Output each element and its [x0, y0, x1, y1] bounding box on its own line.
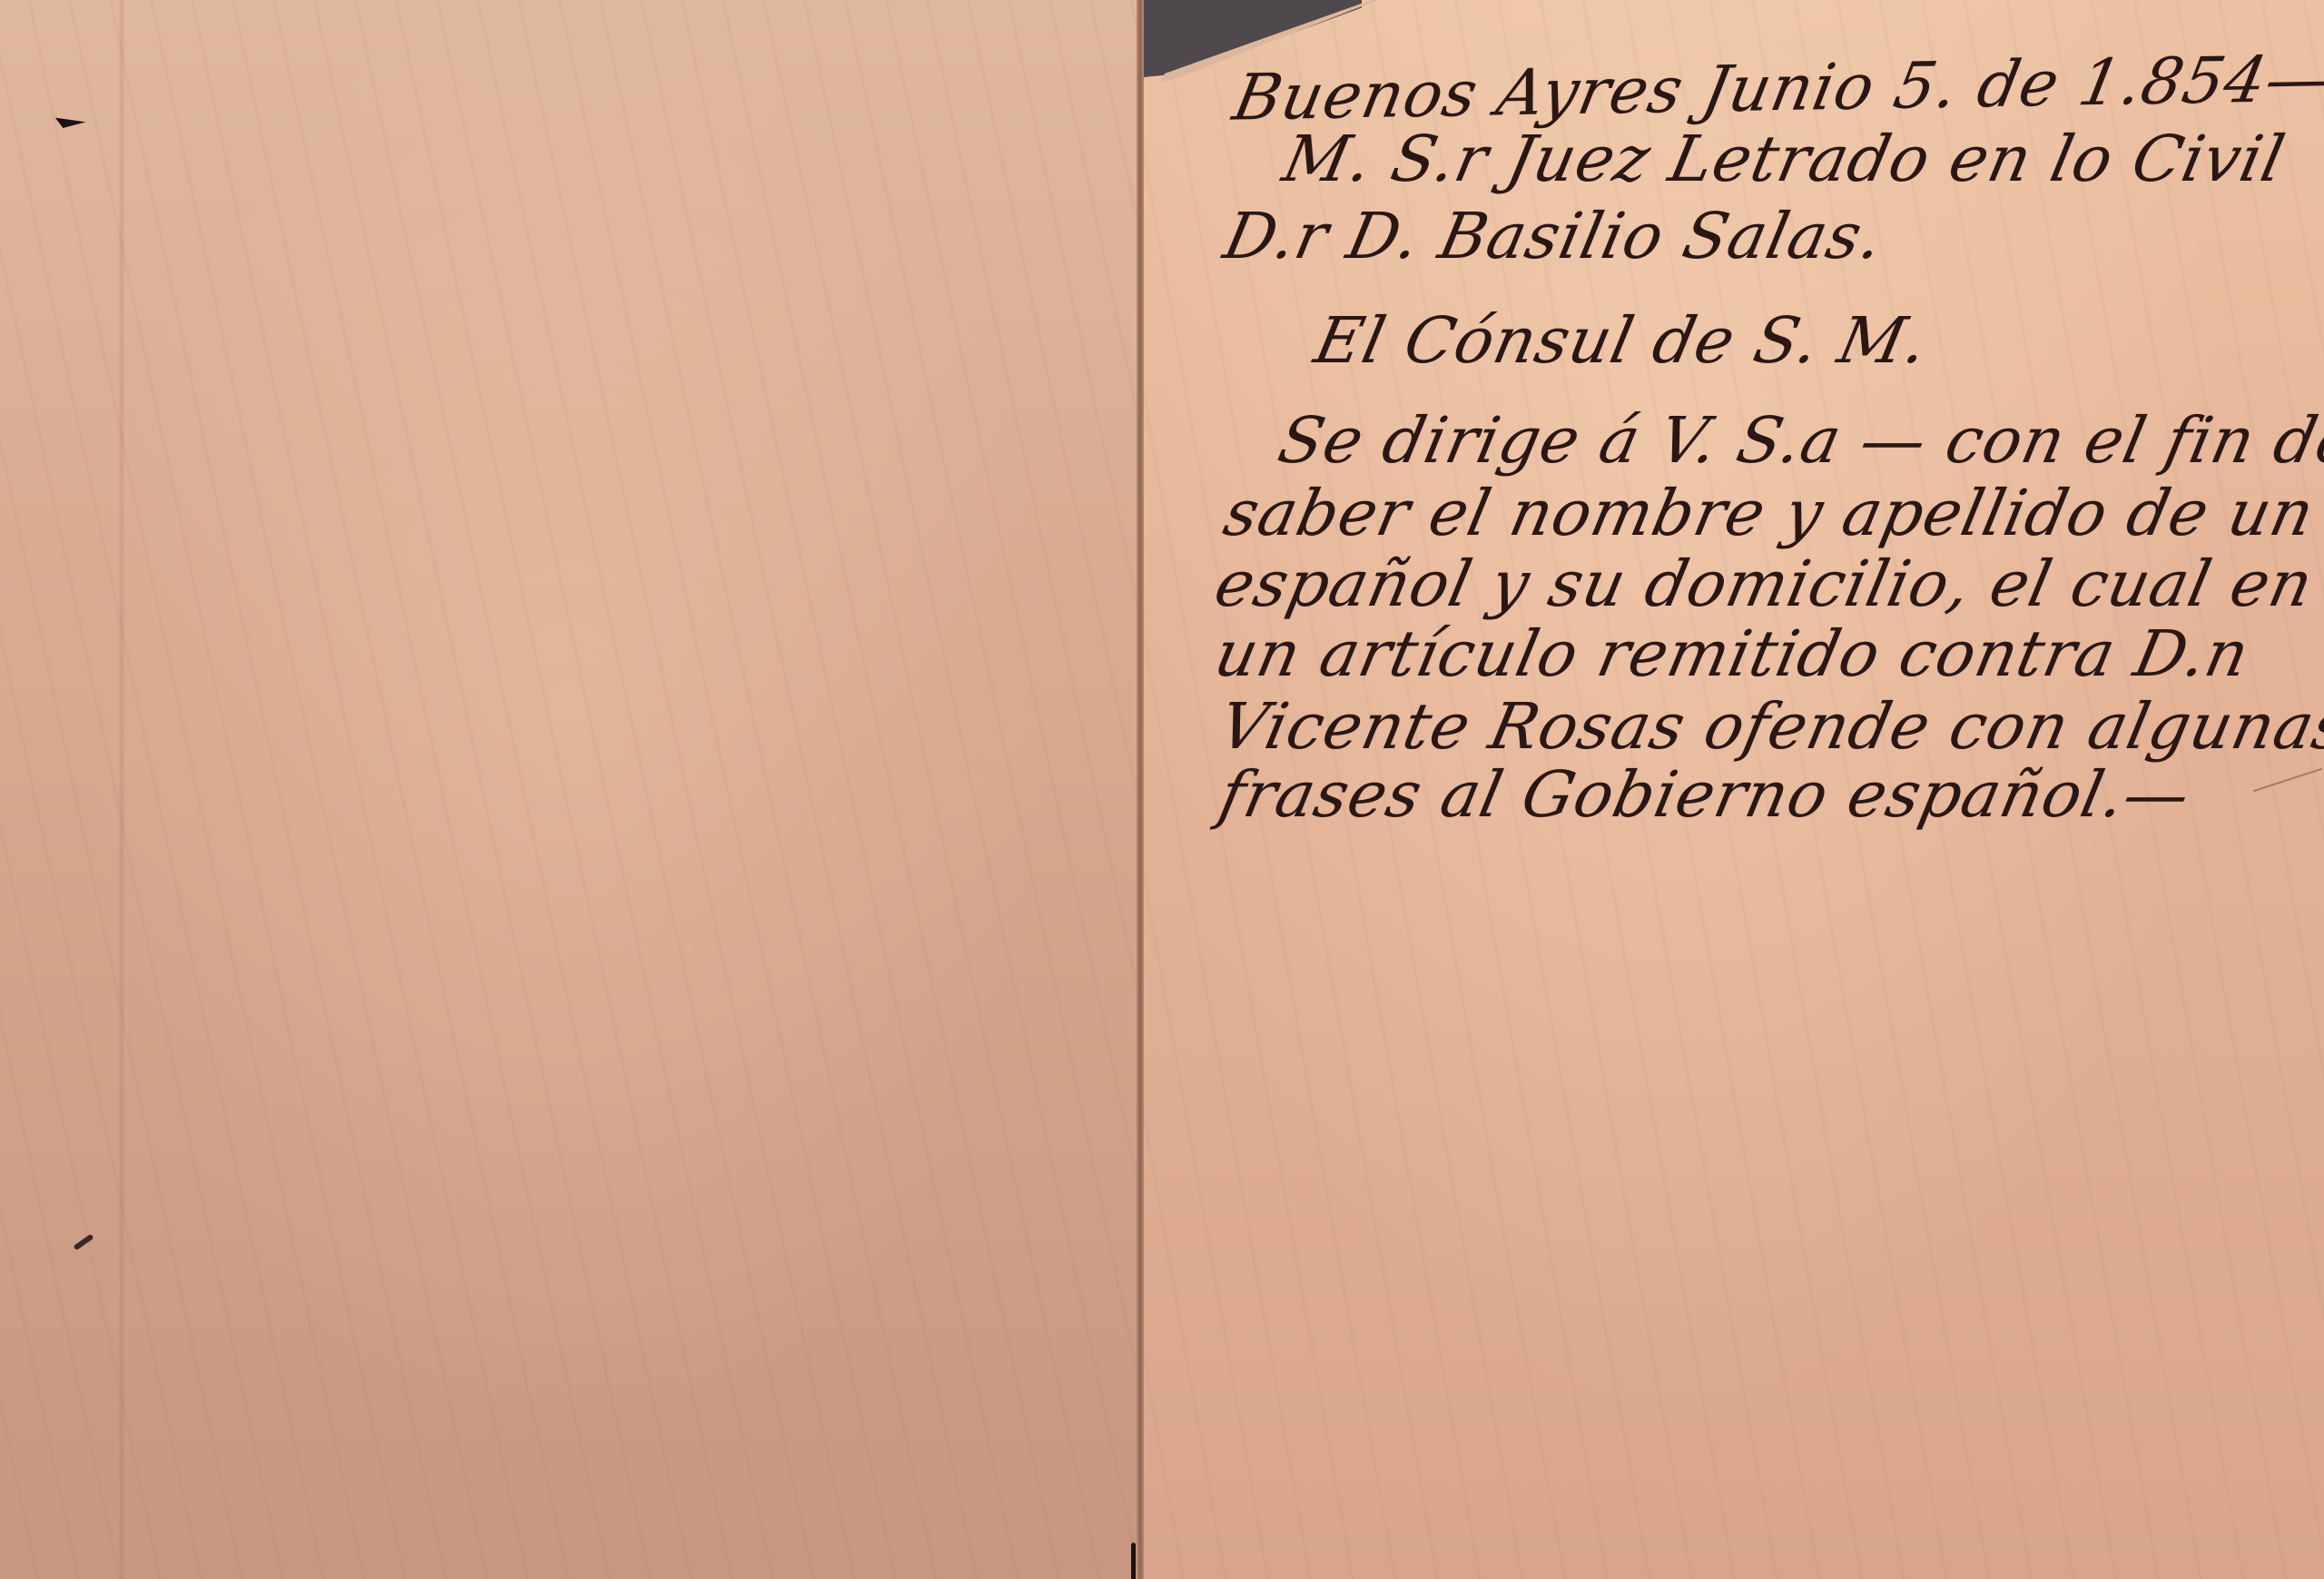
letter-addressee-name: D.r D. Basilio Salas. [1219, 204, 1889, 268]
letter-addressee-title: M. S.r Juez Letrado en lo Civil [1278, 127, 2290, 191]
letter-body-line: un artículo remitido contra D.n [1210, 622, 2255, 686]
left-page [0, 0, 1139, 1579]
letter-body-line: Vicente Rosas ofende con algunas [1215, 695, 2324, 758]
letter-body-line: saber el nombre y apellido de un [1219, 481, 2320, 545]
book-spine-fold [1137, 0, 1144, 1579]
letter-body-line: Se dirige á V. S.a — con el fin de [1274, 409, 2324, 472]
letter-sender: El Cónsul de S. M. [1310, 309, 1934, 372]
document-spread: Buenos Ayres Junio 5. de 1.854— M. S.r J… [0, 0, 2324, 1579]
spine-thread-mark [1131, 1543, 1136, 1579]
letter-body-line: frases al Gobierno español.— [1215, 763, 2196, 826]
letter-body-line: español y su domicilio, el cual en [1210, 552, 2319, 616]
letter-date-line: Buenos Ayres Junio 5. de 1.854— [1228, 46, 2324, 129]
